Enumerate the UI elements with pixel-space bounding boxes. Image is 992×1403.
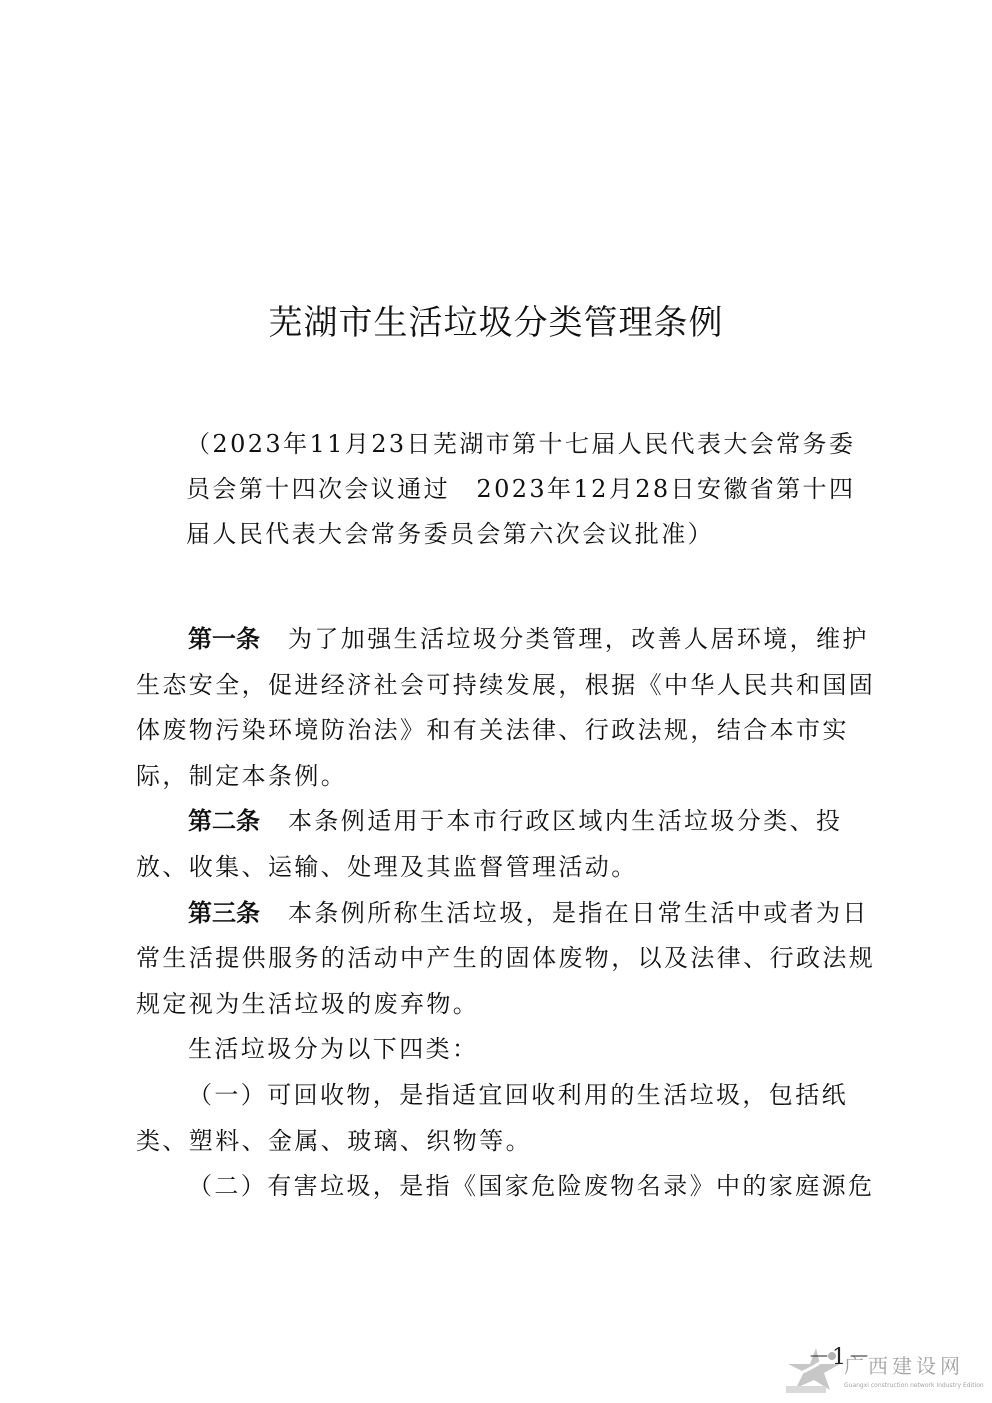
article-number: 第一条 — [188, 625, 260, 653]
article-3-first-line: 第三条本条例所称生活垃圾，是指在日常生活中或者为日 — [136, 891, 886, 937]
paragraph-line: （一）可回收物，是指适宜回收利用的生活垃圾，包括纸 — [136, 1073, 886, 1119]
article-line: 生态安全，促进经济社会可持续发展，根据《中华人民共和国固 — [136, 663, 886, 709]
article-2-first-line: 第二条本条例适用于本市行政区域内生活垃圾分类、投 — [136, 799, 886, 845]
watermark-subtitle: Guangxi construction network Industry Ed… — [844, 1382, 984, 1389]
document-title: 芜湖市生活垃圾分类管理条例 — [0, 298, 992, 348]
article-line: 体废物污染环境防治法》和有关法律、行政法规，结合本市实 — [136, 708, 886, 754]
document-page: 芜湖市生活垃圾分类管理条例 （2023年11月23日芜湖市第十七届人民代表大会常… — [0, 0, 992, 1403]
article-1-first-line: 第一条为了加强生活垃圾分类管理，改善人居环境，维护 — [136, 617, 886, 663]
article-line: 放、收集、运输、处理及其监督管理活动。 — [136, 845, 886, 891]
article-text: 为了加强生活垃圾分类管理，改善人居环境，维护 — [288, 625, 869, 653]
adoption-line: 届人民代表大会常务委员会第六次会议批准） — [186, 512, 846, 557]
article-line: 际，制定本条例。 — [136, 754, 886, 800]
paragraph-line: （二）有害垃圾，是指《国家危险废物名录》中的家庭源危 — [136, 1164, 886, 1210]
article-text: 本条例适用于本市行政区域内生活垃圾分类、投 — [288, 807, 842, 835]
page-number: －1－ — [808, 1340, 872, 1371]
adoption-note: （2023年11月23日芜湖市第十七届人民代表大会常务委 员会第十四次会议通过 … — [186, 422, 846, 557]
article-number: 第二条 — [188, 807, 260, 835]
paragraph-line: 生活垃圾分为以下四类： — [136, 1027, 886, 1073]
adoption-line: （2023年11月23日芜湖市第十七届人民代表大会常务委 — [186, 422, 846, 467]
document-body: 第一条为了加强生活垃圾分类管理，改善人居环境，维护 生态安全，促进经济社会可持续… — [136, 617, 886, 1210]
article-line: 常生活提供服务的活动中产生的固体废物，以及法律、行政法规 — [136, 936, 886, 982]
article-line: 规定视为生活垃圾的废弃物。 — [136, 982, 886, 1028]
adoption-line: 员会第十四次会议通过 2023年12月28日安徽省第十四 — [186, 467, 846, 512]
article-number: 第三条 — [188, 899, 260, 927]
article-text: 本条例所称生活垃圾，是指在日常生活中或者为日 — [288, 899, 869, 927]
paragraph-line: 类、塑料、金属、玻璃、织物等。 — [136, 1119, 886, 1165]
